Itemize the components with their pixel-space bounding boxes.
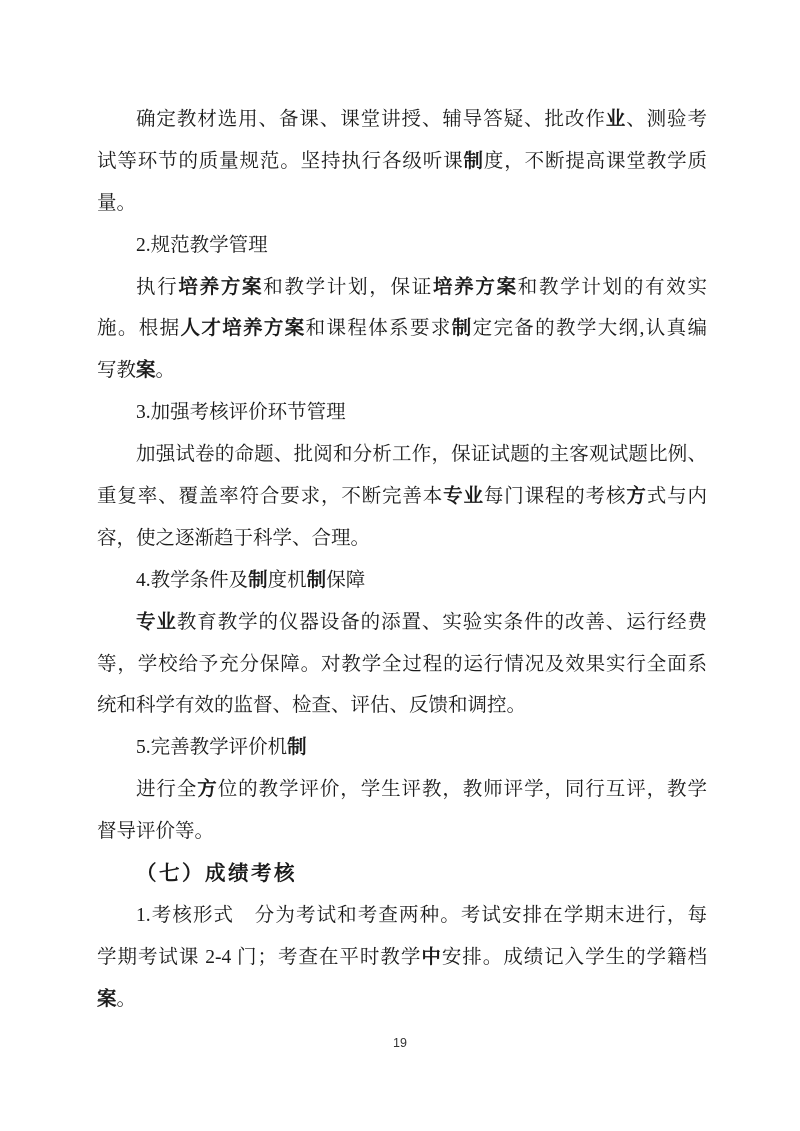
bold-text-segment: 制 <box>464 151 484 172</box>
text-segment: 试等环节的质量规范。坚持执行各级听课 <box>97 151 464 172</box>
text-line: 5.完善教学评价机制 <box>97 727 707 769</box>
bold-text-segment: 中 <box>421 947 441 968</box>
text-segment: 确定教材选用、备课、课堂讲授、辅导答疑、批改作 <box>136 109 606 130</box>
text-segment: 度机 <box>268 570 307 591</box>
text-line: 加强试卷的命题、批阅和分析工作，保证试题的主客观试题比例、 <box>97 434 707 476</box>
text-segment: 等，学校给予充分保障。对教学全过程的运行情况及效果实行全面系 <box>97 654 707 675</box>
text-segment: 执行 <box>136 277 178 298</box>
text-segment: 定完备的教学大纲,认真编 <box>473 318 707 339</box>
text-line: 写教案。 <box>97 350 707 392</box>
text-segment: 容，使之逐渐趋于科学、合理。 <box>97 528 370 549</box>
bold-text-segment: 案 <box>136 360 156 381</box>
text-segment: 式与内 <box>647 486 707 507</box>
text-segment: 度，不断提高课堂教学质 <box>484 151 707 172</box>
text-segment: 1.考核形式 分为考试和考查两种。考试安排在学期末进行，每 <box>136 905 707 926</box>
bold-text-segment: 方 <box>197 779 217 800</box>
bold-text-segment: 培养方案 <box>178 277 263 298</box>
bold-text-segment: 制 <box>287 737 307 758</box>
text-line: 2.规范教学管理 <box>97 225 707 267</box>
text-segment: 和教学计划，保证 <box>263 277 433 298</box>
bold-text-segment: （七）成绩考核 <box>136 861 297 885</box>
text-segment: 和教学计划的有效实 <box>518 277 707 298</box>
text-line: 量。 <box>97 183 707 225</box>
text-line: 容，使之逐渐趋于科学、合理。 <box>97 518 707 560</box>
text-segment: 写教 <box>97 360 136 381</box>
text-segment: 施。根据 <box>97 318 180 339</box>
bold-text-segment: 方 <box>626 486 646 507</box>
text-segment: 5.完善教学评价机 <box>136 737 287 758</box>
text-line: 执行培养方案和教学计划，保证培养方案和教学计划的有效实 <box>97 267 707 309</box>
bold-text-segment: 专业 <box>443 486 484 507</box>
text-segment: 和课程体系要求 <box>306 318 452 339</box>
text-segment: 4.教学条件及 <box>136 570 248 591</box>
text-line: 重复率、覆盖率符合要求，不断完善本专业每门课程的考核方式与内 <box>97 476 707 518</box>
text-segment: 3.加强考核评价环节管理 <box>136 402 346 423</box>
text-segment: 、测验考 <box>626 109 707 130</box>
text-segment: 位的教学评价，学生评教，教师评学，同行互评，教学 <box>218 779 707 800</box>
text-segment: 统和科学有效的监督、检查、评估、反馈和调控。 <box>97 695 526 716</box>
text-line: 确定教材选用、备课、课堂讲授、辅导答疑、批改作业、测验考 <box>97 99 707 141</box>
text-line: 4.教学条件及制度机制保障 <box>97 560 707 602</box>
text-segment: 督导评价等。 <box>97 821 214 842</box>
text-line: 进行全方位的教学评价，学生评教，教师评学，同行互评，教学 <box>97 769 707 811</box>
text-line: 试等环节的质量规范。坚持执行各级听课制度，不断提高课堂教学质 <box>97 141 707 183</box>
text-segment: 教育教学的仪器设备的添置、实验实条件的改善、运行经费 <box>177 612 707 633</box>
bold-text-segment: 业 <box>606 109 626 130</box>
bold-text-segment: 人才培养方案 <box>180 318 305 339</box>
text-line: 3.加强考核评价环节管理 <box>97 392 707 434</box>
bold-text-segment: 制 <box>307 570 327 591</box>
text-line: 统和科学有效的监督、检查、评估、反馈和调控。 <box>97 685 707 727</box>
document-body: 确定教材选用、备课、课堂讲授、辅导答疑、批改作业、测验考试等环节的质量规范。坚持… <box>97 99 707 1021</box>
bold-text-segment: 专业 <box>136 612 177 633</box>
text-line: 施。根据人才培养方案和课程体系要求制定完备的教学大纲,认真编 <box>97 308 707 350</box>
bold-text-segment: 制 <box>452 318 473 339</box>
page-number: 19 <box>0 1036 800 1050</box>
text-segment: 。 <box>156 360 176 381</box>
text-line: 案。 <box>97 979 707 1021</box>
text-segment: 保障 <box>326 570 365 591</box>
text-line: 等，学校给予充分保障。对教学全过程的运行情况及效果实行全面系 <box>97 644 707 686</box>
document-page: 确定教材选用、备课、课堂讲授、辅导答疑、批改作业、测验考试等环节的质量规范。坚持… <box>0 0 800 1131</box>
bold-text-segment: 案 <box>97 989 117 1010</box>
bold-text-segment: 培养方案 <box>433 277 518 298</box>
text-segment: 2.规范教学管理 <box>136 235 268 256</box>
bold-text-segment: 制 <box>248 570 268 591</box>
text-line: 专业教育教学的仪器设备的添置、实验实条件的改善、运行经费 <box>97 602 707 644</box>
text-line: （七）成绩考核 <box>97 853 707 895</box>
text-segment: 。 <box>117 989 137 1010</box>
text-segment: 进行全 <box>136 779 197 800</box>
text-segment: 学期考试课 2-4 门；考查在平时教学 <box>97 947 421 968</box>
text-segment: 重复率、覆盖率符合要求，不断完善本 <box>97 486 443 507</box>
text-segment: 安排。成绩记入学生的学籍档 <box>442 947 707 968</box>
text-segment: 加强试卷的命题、批阅和分析工作，保证试题的主客观试题比例、 <box>136 444 707 465</box>
text-line: 督导评价等。 <box>97 811 707 853</box>
text-line: 学期考试课 2-4 门；考查在平时教学中安排。成绩记入学生的学籍档 <box>97 937 707 979</box>
text-segment: 量。 <box>97 193 136 214</box>
text-segment: 每门课程的考核 <box>484 486 627 507</box>
text-line: 1.考核形式 分为考试和考查两种。考试安排在学期末进行，每 <box>97 895 707 937</box>
